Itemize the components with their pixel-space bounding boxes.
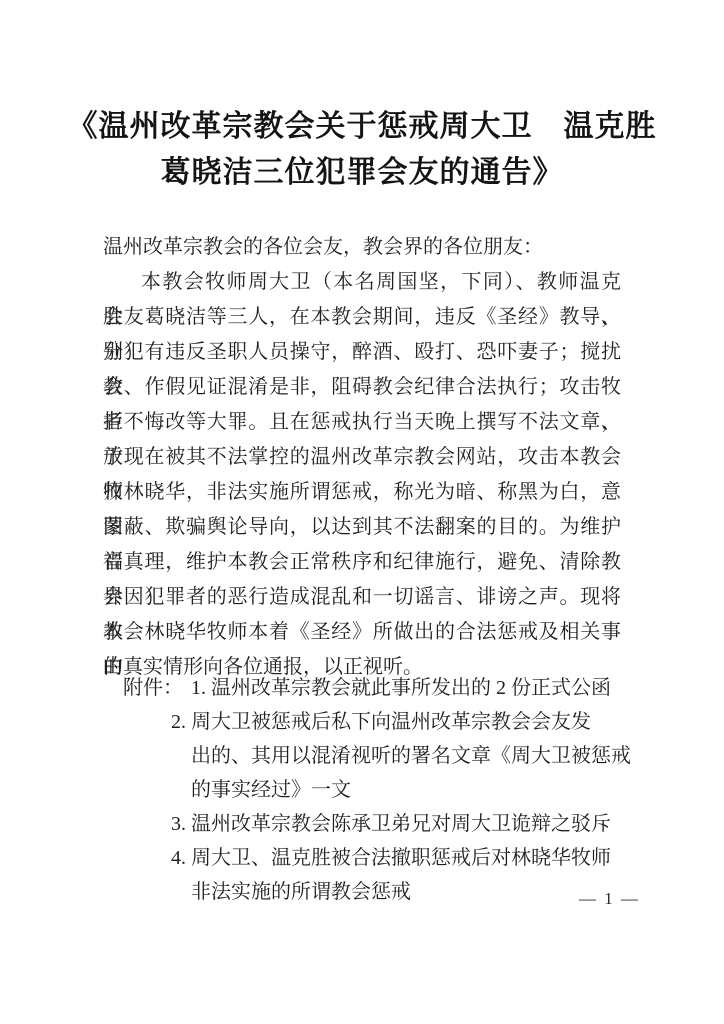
paragraph-line: 会友葛晓洁等三人，在本教会期间，违反《圣经》教导，分 [103, 300, 621, 335]
paragraph-line: 本教会牧师周大卫（本名周国坚，下同）、教师温克胜、 [103, 265, 621, 300]
paragraph-line: 会、作假见证混淆是非，阻碍教会纪律合法执行；攻击牧者、 [103, 370, 621, 405]
attachment-item-2-cont: 的事实经过》一文 [123, 773, 643, 807]
attachment-item-2: 2. 周大卫被惩戒后私下向温州改革宗教会会友发 [123, 705, 643, 739]
paragraph-line: 拒不悔改等大罪。且在惩戒执行当天晚上撰写不法文章，放 [103, 405, 621, 440]
attachment-item-2-cont: 出的、其用以混淆视听的署名文章《周大卫被惩戒 [123, 739, 643, 773]
document-title-line2: 葛晓洁三位犯罪会友的通告》 [50, 150, 674, 196]
document-title: 《温州改革宗教会关于惩戒周大卫 温克胜 葛晓洁三位犯罪会友的通告》 [50, 104, 674, 196]
page-number: — 1 — [579, 889, 640, 909]
attachment-item-3: 3. 温州改革宗教会陈承卫弟兄对周大卫诡辩之驳斥 [123, 807, 643, 841]
paragraph-line: 蒙蔽、欺骗舆论导向，以达到其不法翻案的目的。为维护福 [103, 510, 621, 545]
document-page: 《温州改革宗教会关于惩戒周大卫 温克胜 葛晓洁三位犯罪会友的通告》 温州改革宗教… [0, 0, 724, 1024]
attachment-line: 附件：1. 温州改革宗教会就此事所发出的 2 份正式公函 [123, 671, 643, 705]
paragraph-line: 界因犯罪者的恶行造成混乱和一切谣言、诽谤之声。现将本 [103, 580, 621, 615]
attachment-item-4-cont: 非法实施的所谓教会惩戒 [123, 875, 643, 909]
paragraph-line: 音真理，维护本教会正常秩序和纪律施行，避免、清除教会 [103, 545, 621, 580]
document-title-line1: 《温州改革宗教会关于惩戒周大卫 温克胜 [50, 104, 674, 150]
attachment-item-1: 1. 温州改革宗教会就此事所发出的 2 份正式公函 [191, 677, 611, 699]
paragraph-line: 别犯有违反圣职人员操守，醉酒、殴打、恐吓妻子；搅扰教 [103, 335, 621, 370]
document-body: 温州改革宗教会的各位会友，教会界的各位朋友： 本教会牧师周大卫（本名周国坚，下同… [103, 230, 621, 685]
attachments-label: 附件： [123, 671, 183, 705]
attachments-section: 附件：1. 温州改革宗教会就此事所发出的 2 份正式公函 2. 周大卫被惩戒后私… [123, 671, 643, 909]
paragraph-line: 师林晓华，非法实施所谓惩戒，称光为暗、称黑为白，意图 [103, 475, 621, 510]
attachment-item-4: 4. 周大卫、温克胜被合法撤职惩戒后对林晓华牧师 [123, 841, 643, 875]
paragraph-line: 于现在被其不法掌控的温州改革宗教会网站，攻击本教会牧 [103, 440, 621, 475]
paragraph-line: 教会林晓华牧师本着《圣经》所做出的合法惩戒及相关事由 [103, 615, 621, 650]
salutation-line: 温州改革宗教会的各位会友，教会界的各位朋友： [103, 230, 621, 265]
